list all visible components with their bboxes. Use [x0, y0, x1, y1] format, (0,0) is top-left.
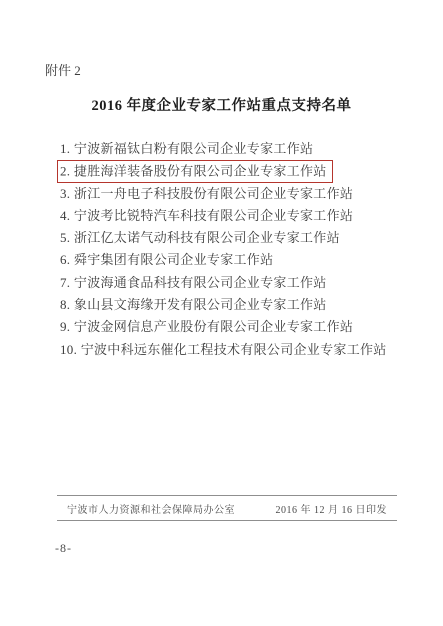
- list-item: 10. 宁波中科远东催化工程技术有限公司企业专家工作站: [60, 339, 427, 361]
- list-item: 3. 浙江一舟电子科技股份有限公司企业专家工作站: [60, 183, 427, 205]
- list-item: 5. 浙江亿太诺气动科技有限公司企业专家工作站: [60, 227, 427, 249]
- list-item: 2. 捷胜海洋装备股份有限公司企业专家工作站: [60, 160, 427, 182]
- list-item: 6. 舜宇集团有限公司企业专家工作站: [60, 249, 427, 271]
- list-item: 1. 宁波新福钛白粉有限公司企业专家工作站: [60, 138, 427, 160]
- document-footer: 宁波市人力资源和社会保障局办公室 2016 年 12 月 16 日印发: [57, 495, 397, 521]
- list-item: 9. 宁波金网信息产业股份有限公司企业专家工作站: [60, 316, 427, 338]
- page-title: 2016 年度企业专家工作站重点支持名单: [0, 94, 443, 115]
- highlight-box: 2. 捷胜海洋装备股份有限公司企业专家工作站: [57, 160, 333, 183]
- workstation-list: 1. 宁波新福钛白粉有限公司企业专家工作站 2. 捷胜海洋装备股份有限公司企业专…: [60, 138, 427, 361]
- document-page: 附件 2 2016 年度企业专家工作站重点支持名单 1. 宁波新福钛白粉有限公司…: [0, 0, 443, 626]
- list-item: 7. 宁波海通食品科技有限公司企业专家工作站: [60, 272, 427, 294]
- page-number: -8-: [55, 541, 72, 556]
- issue-date: 2016 年 12 月 16 日印发: [276, 501, 388, 516]
- list-item: 4. 宁波考比锐特汽车科技有限公司企业专家工作站: [60, 205, 427, 227]
- list-item: 8. 象山县文海缘开发有限公司企业专家工作站: [60, 294, 427, 316]
- issuer-office: 宁波市人力资源和社会保障局办公室: [67, 501, 235, 516]
- attachment-label: 附件 2: [45, 60, 81, 79]
